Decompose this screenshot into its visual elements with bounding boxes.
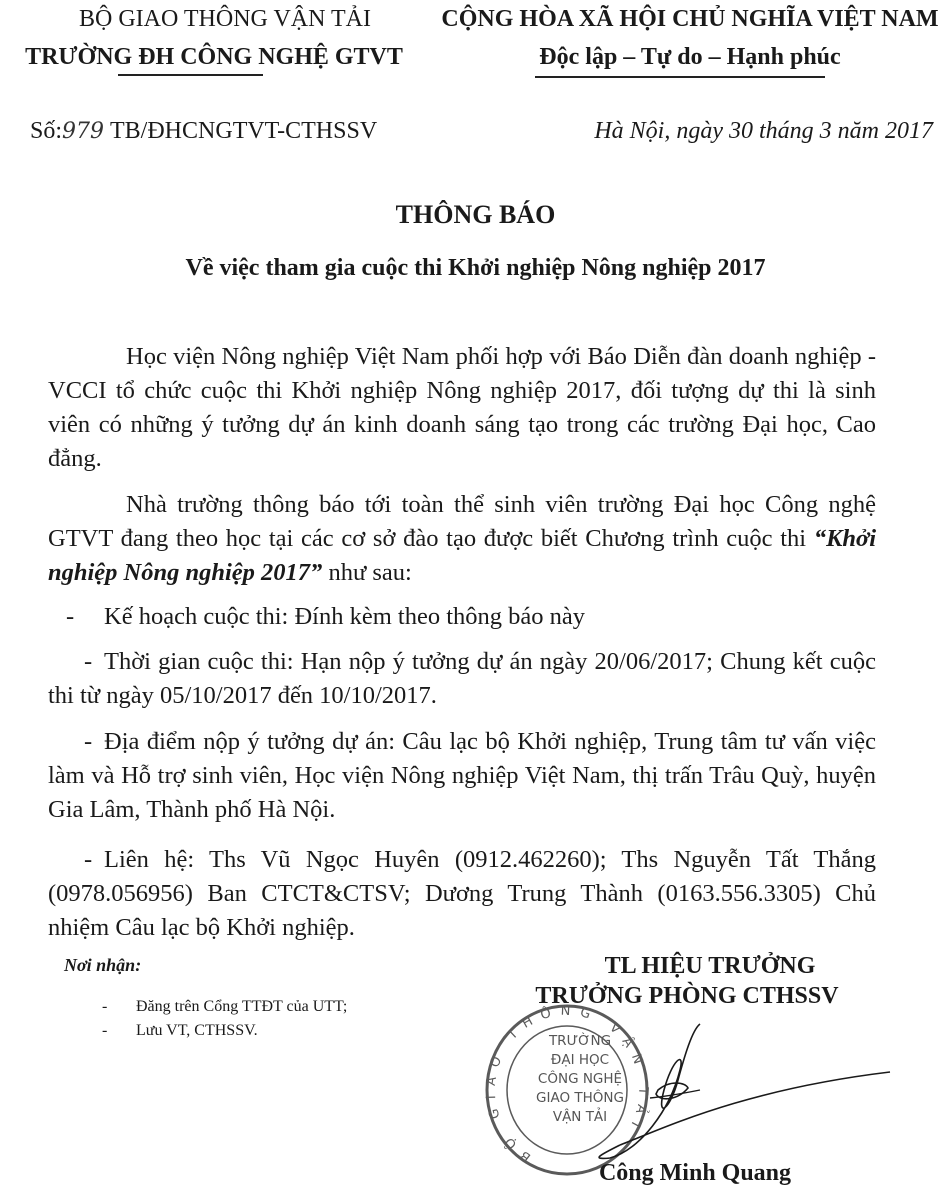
body-paragraph-1: Học viện Nông nghiệp Việt Nam phối hợp v… bbox=[48, 340, 876, 476]
paragraph-2-start: Nhà trường thông báo tới toàn thể sinh v… bbox=[48, 491, 876, 552]
national-motto: Độc lập – Tự do – Hạnh phúc bbox=[432, 44, 948, 71]
handwritten-signature-icon bbox=[560, 1010, 910, 1190]
body-paragraph-2: Nhà trường thông báo tới toàn thể sinh v… bbox=[48, 488, 876, 590]
signature-authority: TL HIỆU TRƯỞNG bbox=[560, 953, 860, 980]
header-right-underline bbox=[535, 76, 825, 78]
recipient-item: -Lưu VT, CTHSSV. bbox=[102, 1022, 258, 1040]
document-code: TB/ĐHCNGTVT-CTHSSV bbox=[110, 118, 377, 144]
recipients-label: Nơi nhận: bbox=[64, 955, 141, 976]
document-subtitle: Về việc tham gia cuộc thi Khởi nghiệp Nô… bbox=[0, 255, 951, 282]
ministry-name: BỘ GIAO THÔNG VẬN TẢI bbox=[60, 6, 390, 33]
bullet-item: -Thời gian cuộc thi: Hạn nộp ý tưởng dự … bbox=[48, 645, 876, 713]
paragraph-2-end: như sau: bbox=[322, 559, 412, 586]
bullet-dash: - bbox=[102, 998, 136, 1016]
bullet-text: Thời gian cuộc thi: Hạn nộp ý tưởng dự á… bbox=[48, 648, 876, 709]
bullet-text: Liên hệ: Ths Vũ Ngọc Huyên (0912.462260)… bbox=[48, 846, 876, 941]
signature-position: TRƯỞNG PHÒNG CTHSSV bbox=[512, 983, 862, 1010]
national-title: CỘNG HÒA XÃ HỘI CHỦ NGHĨA VIỆT NAM bbox=[432, 6, 948, 33]
recipient-text: Lưu VT, CTHSSV. bbox=[136, 1022, 258, 1039]
bullet-dash: - bbox=[66, 725, 104, 759]
document-number: Số:979 TB/ĐHCNGTVT-CTHSSV bbox=[30, 118, 377, 145]
recipient-item: -Đăng trên Cổng TTĐT của UTT; bbox=[102, 998, 347, 1016]
bullet-dash: - bbox=[66, 843, 104, 877]
document-title: THÔNG BÁO bbox=[0, 200, 951, 230]
bullet-item: -Liên hệ: Ths Vũ Ngọc Huyên (0912.462260… bbox=[48, 843, 876, 945]
bullet-dash: - bbox=[66, 645, 104, 679]
bullet-item: -Địa điểm nộp ý tưởng dự án: Câu lạc bộ … bbox=[48, 725, 876, 827]
bullet-text: Địa điểm nộp ý tưởng dự án: Câu lạc bộ K… bbox=[48, 728, 876, 823]
header-left-underline bbox=[118, 74, 263, 76]
issue-date: Hà Nội, ngày 30 tháng 3 năm 2017 bbox=[594, 118, 933, 145]
bullet-text: Kế hoạch cuộc thi: Đính kèm theo thông b… bbox=[104, 603, 585, 630]
bullet-item: -Kế hoạch cuộc thi: Đính kèm theo thông … bbox=[48, 600, 876, 634]
bullet-dash: - bbox=[66, 600, 104, 634]
document-number-handwritten: 979 bbox=[62, 119, 104, 144]
document-number-prefix: Số: bbox=[30, 118, 62, 144]
recipient-text: Đăng trên Cổng TTĐT của UTT; bbox=[136, 998, 347, 1015]
school-name: TRƯỜNG ĐH CÔNG NGHỆ GTVT bbox=[14, 44, 414, 71]
bullet-dash: - bbox=[102, 1022, 136, 1040]
